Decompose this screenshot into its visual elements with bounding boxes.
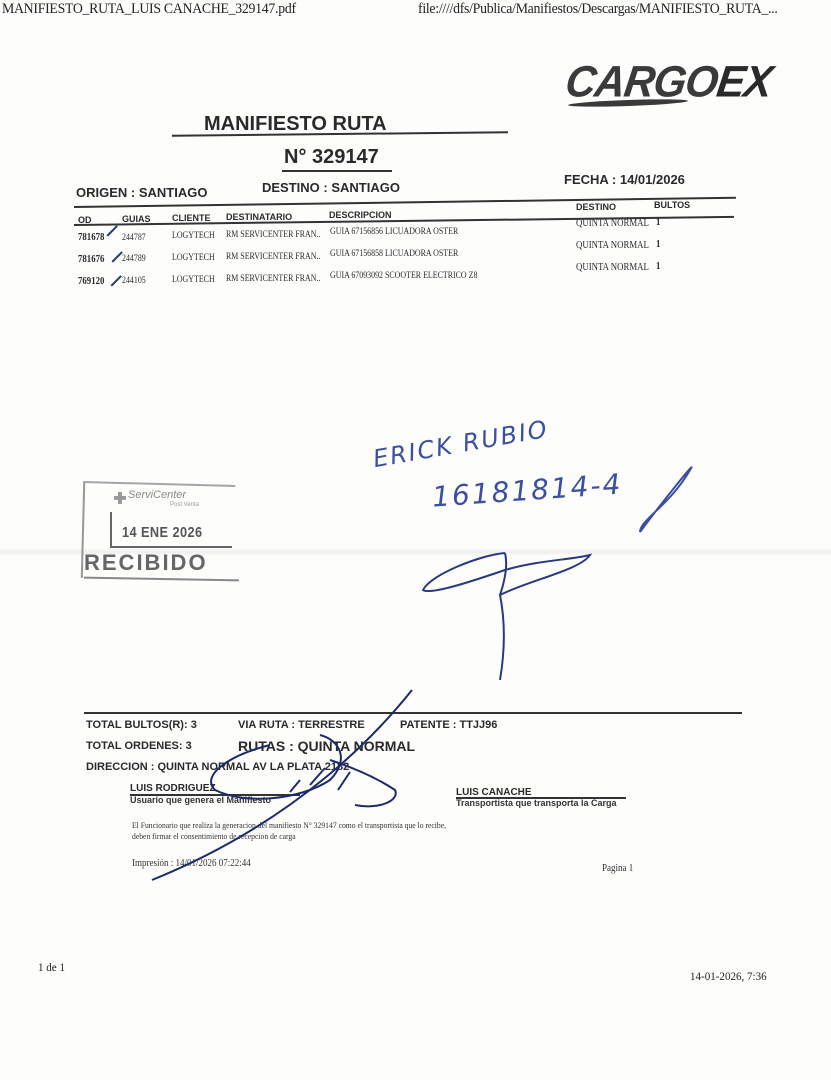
stamp-brand: ServiCenter <box>128 489 186 501</box>
total-bultos: TOTAL BULTOS(R): 3 <box>86 719 197 731</box>
check-mark-icon <box>107 225 118 236</box>
cell-cliente: LOGYTECH <box>172 252 215 262</box>
cell-cliente: LOGYTECH <box>172 230 215 240</box>
page-count: 1 de 1 <box>38 960 65 975</box>
page-label: Pagina 1 <box>602 863 633 874</box>
cell-guia: 244105 <box>122 275 146 285</box>
generator-role: Usuario que genera el Manifiesto <box>130 795 271 805</box>
cell-destino: QUINTA NORMAL <box>576 240 649 251</box>
manifest-number: N° 329147 <box>284 146 379 169</box>
cell-cliente: LOGYTECH <box>172 274 215 284</box>
col-bultos: BULTOS <box>654 200 690 210</box>
note-line-1: El Funcionario que realiza la generacion… <box>132 820 446 830</box>
cell-descripcion: GUIA 67093092 SCOOTER ELECTRICO Z8 <box>330 270 477 280</box>
cell-destino: QUINTA NORMAL <box>576 218 649 229</box>
generator-name: LUIS RODRIGUEZ <box>130 783 216 794</box>
print-file-name: MANIFIESTO_RUTA_LUIS CANACHE_329147.pdf <box>2 1 296 18</box>
stamp-date: 14 ENE 2026 <box>122 524 203 541</box>
direccion: DIRECCION : QUINTA NORMAL AV LA PLATA 21… <box>86 761 349 773</box>
total-ordenes: TOTAL ORDENES: 3 <box>86 740 192 752</box>
cell-destinatario: RM SERVICENTER FRAN.. <box>226 251 320 261</box>
print-date: 14-01-2026, 7:36 <box>690 969 767 984</box>
patente: PATENTE : TTJJ96 <box>400 719 497 731</box>
cell-descripcion: GUIA 67156858 LICUADORA OSTER <box>330 248 458 258</box>
stamp-brand-sub: Post Venta <box>170 502 199 508</box>
number-underline <box>282 170 392 172</box>
col-descripcion: DESCRIPCION <box>329 210 392 220</box>
destination-field: DESTINO : SANTIAGO <box>262 180 400 195</box>
cell-destinatario: RM SERVICENTER FRAN.. <box>226 273 320 283</box>
totals-divider <box>84 712 742 714</box>
carrier-role: Transportista que transporta la Carga <box>456 798 617 808</box>
cell-destino: QUINTA NORMAL <box>576 262 649 273</box>
date-field: FECHA : 14/01/2026 <box>564 172 685 187</box>
cell-od: 781676 <box>78 254 104 265</box>
logo-text-accent: EX <box>714 57 775 106</box>
cell-bultos: 1 <box>656 261 660 272</box>
cell-guia: 244787 <box>122 232 146 242</box>
col-destino: DESTINO <box>576 202 616 212</box>
handwritten-receiver-id: 16181814-4 <box>431 467 623 513</box>
rutas: RUTAS : QUINTA NORMAL <box>238 738 415 754</box>
cell-guia: 244789 <box>122 253 146 263</box>
stamp-status: RECIBIDO <box>84 550 234 576</box>
receiver-signature-flourish <box>640 467 692 532</box>
receiver-signature <box>423 553 590 680</box>
check-mark-icon <box>112 251 123 262</box>
via-ruta: VIA RUTA : TERRESTRE <box>238 719 365 731</box>
check-mark-icon <box>111 275 122 286</box>
cell-od: 781678 <box>78 232 104 243</box>
cell-bultos: 1 <box>656 217 660 228</box>
cell-bultos: 1 <box>656 239 660 250</box>
print-timestamp: Impresión : 14/01/2026 07:22:44 <box>132 858 251 869</box>
origin-field: ORIGEN : SANTIAGO <box>76 185 207 200</box>
cell-destinatario: RM SERVICENTER FRAN.. <box>226 229 320 239</box>
cell-od: 769120 <box>78 276 104 287</box>
note-line-2: deben firmar el consentimiento de recepc… <box>132 831 296 841</box>
handwritten-receiver-name: ERICK RUBIO <box>371 415 551 473</box>
cell-descripcion: GUIA 67156856 LICUADORA OSTER <box>330 226 458 236</box>
print-url: file:////dfs/Publica/Manifiestos/Descarg… <box>418 1 778 18</box>
